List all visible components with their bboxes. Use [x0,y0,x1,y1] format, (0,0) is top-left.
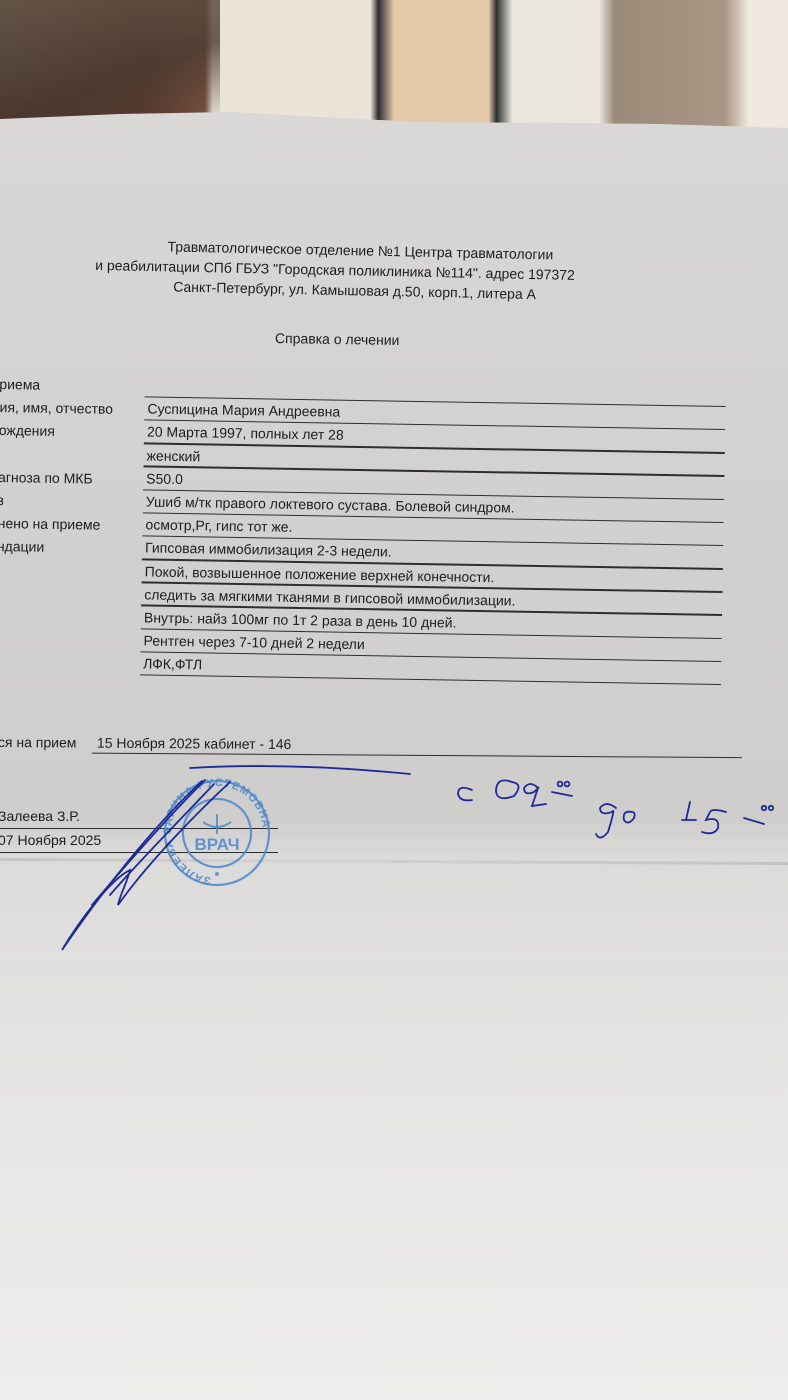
field-label [0,608,126,610]
field-label: приема [0,376,130,394]
field-value: Рентген через 7-10 дней 2 недели [143,632,364,652]
field-label [0,561,127,563]
doctor-name: Залеева З.Р. [0,808,80,824]
field-value: женский [147,447,201,464]
field-value: S50.0 [146,470,183,487]
field-label: лия, имя, отчество [0,399,130,417]
clinic-header: Травматологическое отделение №1 Центра т… [59,234,620,306]
field-value: Гипсовая иммобилизация 2-3 недели. [145,540,392,560]
field-value: осмотр,Рг, гипс тот же. [145,517,292,535]
form-fields: приемалия, имя, отчествоСуспицина Мария … [0,372,788,686]
stamp-center-text: ВРАЧ [194,835,239,854]
field-label: оз [0,492,128,510]
background-shadow [0,0,220,120]
field-value: 20 Марта 1997, полных лет 28 [147,424,344,443]
field-value: Внутрь: найз 100мг по 1т 2 раза в день 1… [144,609,457,630]
field-label [0,654,125,656]
field-label: ендации [0,538,127,556]
appointment-label: ся на прием [0,734,76,751]
field-value: ЛФК,ФТЛ [143,656,202,673]
field-label: лнено на приеме [0,515,128,533]
field-label [0,585,126,587]
field-value: Покой, возвышенное положение верхней кон… [145,563,495,585]
field-value: Суспицина Мария Андреевна [147,401,340,420]
field-label: рождения [0,422,129,440]
appointment-value: 15 Ноября 2025 кабинет - 146 [97,735,292,752]
field-label: иагноза по МКБ [0,469,128,487]
field-label [0,445,129,447]
document-title: Справка о лечении [275,330,400,348]
field-label [0,631,126,633]
doctor-stamp: ЗАЛЕЕВА ЗАРИНА РУСТЕМОВНА ВРАЧ [153,778,281,888]
signature-date: 07 Ноября 2025 [0,832,101,848]
